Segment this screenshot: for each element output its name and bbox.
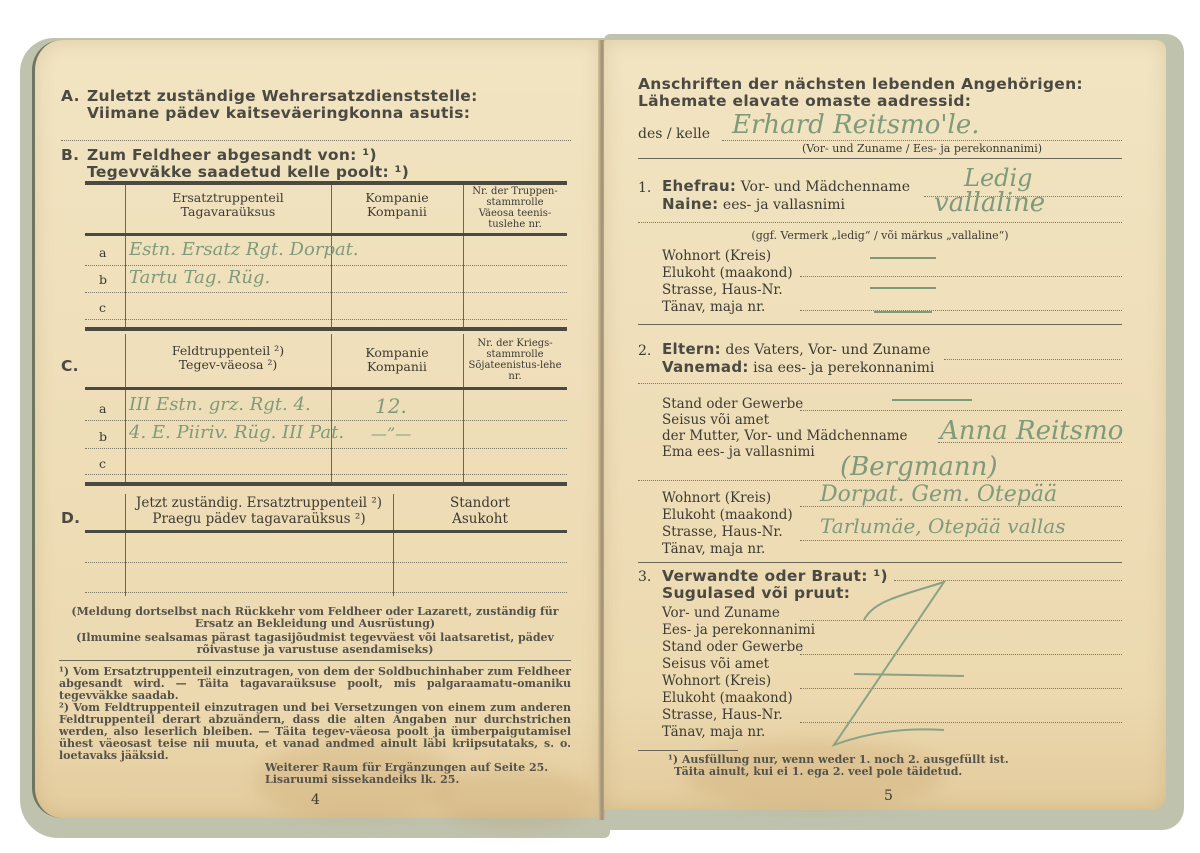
- name-hint: (Vor- und Zuname / Ees- ja perekonnanimi…: [722, 143, 1122, 155]
- section-a-line: [61, 140, 571, 141]
- parents-address-labels: Wohnort (Kreis) Elukoht (maakond) Strass…: [662, 490, 793, 558]
- mother-name-value: Anna Reitsmo: [940, 416, 1123, 446]
- table-b-row-c-label: c: [99, 301, 106, 315]
- right-title-de: Anschriften der nächsten lebenden Angehö…: [638, 76, 1083, 93]
- page-number-right: 5: [884, 788, 893, 804]
- section-b-letter: B.: [61, 147, 79, 164]
- page-5: Anschriften der nächsten lebenden Angehö…: [604, 40, 1166, 810]
- table-c-row-b-label: b: [99, 430, 107, 444]
- section-b-title-de: Zum Feldheer abgesandt von: ¹): [87, 147, 377, 164]
- section-b-title-et: Tegevväkke saadetud kelle poolt: ¹): [87, 164, 409, 181]
- table-b-header-company: KompanieKompanii: [331, 191, 463, 219]
- section-c-letter: C.: [61, 358, 79, 375]
- footnote-1: ¹) Vom Ersatztruppenteil einzutragen, vo…: [59, 666, 571, 702]
- more-space-et: Lisaruumi sissekandeiks lk. 25.: [265, 774, 459, 786]
- parents-address-value-1: Dorpat. Gem. Otepää: [820, 482, 1057, 507]
- relatives-labels: Vor- und Zuname Ees- ja perekonnanimi St…: [662, 605, 815, 741]
- footnote-2: ²) Vom Feldtruppenteil einzutragen und b…: [59, 702, 571, 762]
- section-a-title-de: Zuletzt zuständige Wehrersatzdienststell…: [87, 88, 478, 105]
- table-b-header-number: Nr. der Truppen-stammrolleVäeosa teenis-…: [465, 186, 565, 230]
- right-title-et: Lähemate elavate omaste aadressid:: [638, 93, 971, 110]
- strike-through-mark: [794, 570, 994, 760]
- table-c-row-b-unit: 4. E. Piiriv. Rüg. III Pat.: [129, 422, 344, 443]
- table-c-row-a-label: a: [99, 402, 106, 416]
- table-c-row-c-label: c: [99, 457, 106, 471]
- parents-address-value-2: Tarlumäe, Otepää vallas: [820, 514, 1065, 538]
- wife-number: 1.: [638, 180, 651, 196]
- table-c-row-a-company: 12.: [375, 394, 407, 418]
- table-b: ErsatztruppenteilTagavaraüksus KompanieK…: [85, 181, 567, 331]
- section-d-letter: D.: [61, 510, 80, 527]
- table-b-row-b-unit: Tartu Tag. Rüg.: [129, 267, 270, 288]
- table-d: Jetzt zuständig. Ersatztruppenteil ²)Pra…: [85, 490, 567, 600]
- parents-number: 2.: [638, 343, 651, 359]
- table-b-header-unit: ErsatztruppenteilTagavaraüksus: [125, 191, 331, 219]
- table-c-header-unit: Feldtruppenteil ²)Tegev-väeosa ²): [125, 344, 331, 372]
- des-kelle-label: des / kelle: [638, 126, 710, 142]
- note-de: (Meldung dortselbst nach Rückkehr vom Fe…: [59, 606, 571, 630]
- right-footnote-et: Täita ainult, kui ei 1. ega 2. veel pole…: [674, 766, 962, 778]
- parents-heading: Eltern: des Vaters, Vor- und Zuname Vane…: [662, 341, 934, 377]
- page-number-left: 4: [311, 792, 320, 808]
- parents-occupation-labels: Stand oder Gewerbe Seisus või amet der M…: [662, 396, 908, 460]
- table-b-row-a-unit: Estn. Ersatz Rgt. Dorpat.: [129, 239, 359, 260]
- table-c: Feldtruppenteil ²)Tegev-väeosa ²) Kompan…: [85, 330, 567, 490]
- table-c-row-b-company: —”—: [371, 424, 411, 443]
- table-c-row-a-unit: III Estn. grz. Rgt. 4.: [129, 394, 311, 415]
- table-c-header-number: Nr. der Kriegs-stammrolleSõjateenistus-l…: [465, 338, 565, 382]
- relatives-number: 3.: [638, 569, 651, 585]
- table-b-row-b-label: b: [99, 273, 107, 287]
- table-c-header-company: KompanieKompanii: [331, 346, 463, 374]
- note-et: (Ilmumine sealsamas pärast tagasijõudmis…: [59, 632, 571, 656]
- page-4: A. Zuletzt zuständige Wehrersatzdienstst…: [32, 40, 601, 818]
- section-a-letter: A.: [61, 88, 80, 105]
- table-b-row-a-label: a: [99, 246, 106, 260]
- mother-maiden-value: (Bergmann): [840, 452, 998, 482]
- wife-value-2: vallaline: [934, 188, 1045, 218]
- open-booklet: A. Zuletzt zuständige Wehrersatzdienstst…: [18, 28, 1186, 836]
- wife-address-labels: Wohnort (Kreis) Elukoht (maakond) Strass…: [662, 248, 793, 316]
- table-d-header-unit: Jetzt zuständig. Ersatztruppenteil ²)Pra…: [125, 495, 393, 527]
- wife-hint: (ggf. Vermerk „ledig“ / või märkus „vall…: [638, 230, 1122, 242]
- des-kelle-value: Erhard Reitsmo'le.: [732, 110, 979, 140]
- table-d-header-location: StandortAsukoht: [393, 495, 567, 527]
- wife-heading: Ehefrau: Vor- und Mädchenname Naine: ees…: [662, 178, 910, 214]
- section-a-title-et: Viimane pädev kaitseväeringkonna asutis:: [87, 105, 470, 122]
